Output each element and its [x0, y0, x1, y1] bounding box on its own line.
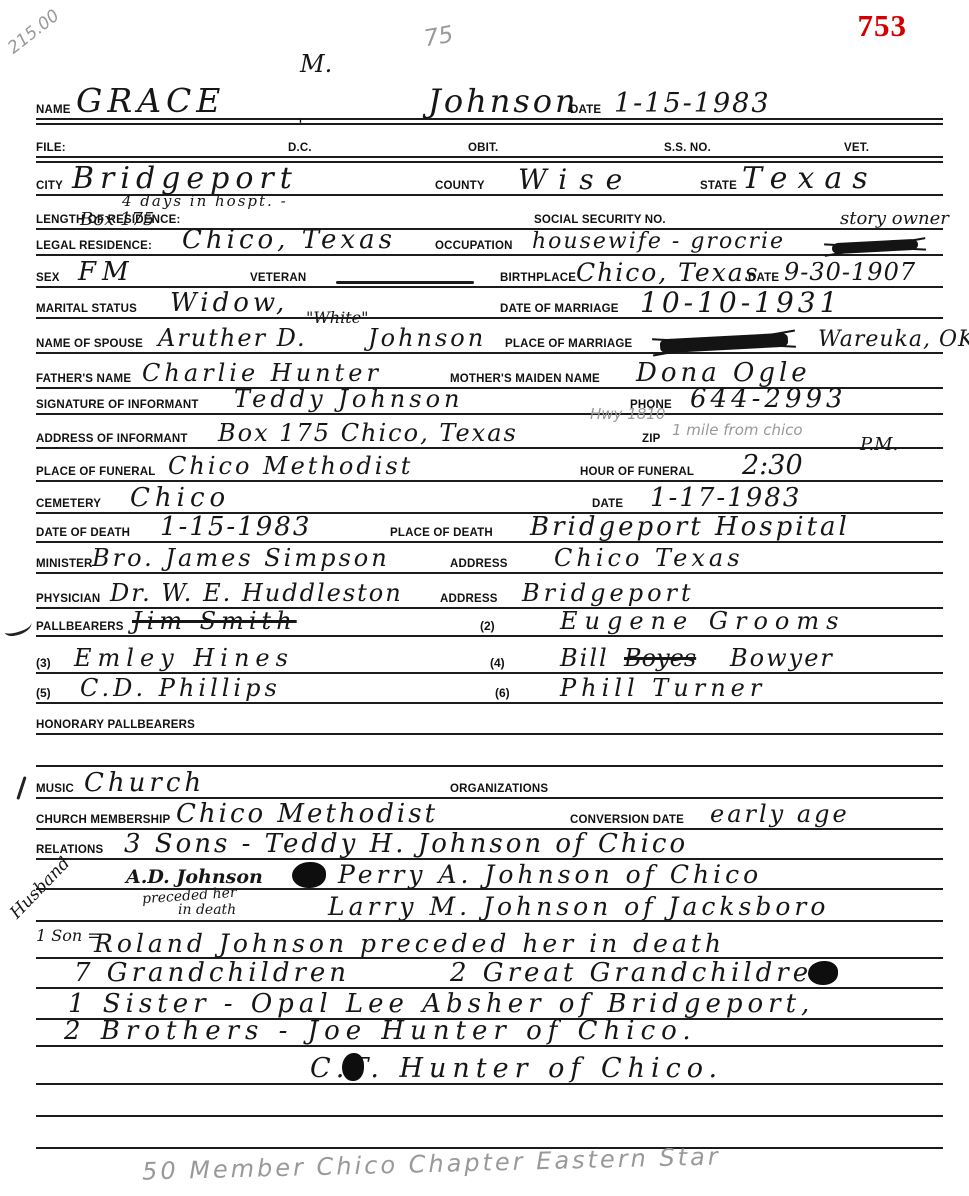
relations-line-5b: 2 Great Grandchildren: [450, 962, 833, 985]
place-of-funeral-label: PLACE OF FUNERAL: [36, 466, 155, 478]
city-value: Bridgeport: [72, 165, 298, 192]
pallbearers-label: PALLBEARERS: [36, 621, 124, 633]
row-name: NAME GRACE M. Johnson DATE 1-15-1983: [36, 84, 943, 125]
address-of-informant-label: ADDRESS OF INFORMANT: [36, 433, 188, 445]
minister-address-value: Chico Texas: [554, 548, 744, 570]
pallbearer-3-value: Emley Hines: [74, 648, 294, 670]
social-security-label: SOCIAL SECURITY NO.: [534, 214, 666, 226]
honorary-pallbearers-label: HONORARY PALLBEARERS: [36, 719, 195, 731]
fathers-name-label: FATHER'S NAME: [36, 373, 131, 385]
pallbearer-4-number: (4): [490, 656, 505, 670]
pallbearer-4-first-value: Bill: [560, 648, 609, 670]
spouse-nickname-note: "White": [306, 311, 368, 325]
row-honorary-pallbearers: HONORARY PALLBEARERS: [36, 705, 943, 735]
signature-of-informant-label: SIGNATURE OF INFORMANT: [36, 399, 199, 411]
cemetery-value: Chico: [130, 487, 230, 510]
informant-address-value: Box 175 Chico, Texas: [218, 423, 518, 445]
relations-label: RELATIONS: [36, 844, 103, 856]
conversion-date-label: CONVERSION DATE: [570, 814, 684, 826]
document-number: 753: [858, 8, 908, 44]
ink-blot: [292, 862, 326, 888]
row-date-of-death: DATE OF DEATH 1-15-1983 PLACE OF DEATH B…: [36, 513, 943, 543]
music-value: Church: [84, 772, 205, 795]
file-label: FILE:: [36, 142, 66, 154]
organizations-label: ORGANIZATIONS: [450, 783, 548, 795]
relations-line-3: Larry M. Johnson of Jacksboro: [328, 896, 829, 919]
tick-mark: ': [298, 118, 303, 134]
row-legal-residence: Box 175 LEGAL RESIDENCE: Chico, Texas OC…: [36, 226, 943, 256]
row-marital-status: MARITAL STATUS Widow, DATE OF MARRIAGE 1…: [36, 289, 943, 319]
church-membership-label: CHURCH MEMBERSHIP: [36, 814, 170, 826]
veteran-dash: [336, 281, 474, 284]
physician-value: Dr. W. E. Huddleston: [110, 583, 403, 605]
birthdate-value: 9-30-1907: [784, 262, 916, 284]
date-of-death-label: DATE OF DEATH: [36, 527, 130, 539]
pencil-amount-note: 215.00: [4, 6, 63, 58]
row-city: CITY Bridgeport 4 days in hospt. - COUNT…: [36, 164, 943, 196]
burial-date-value: 1-17-1983: [650, 487, 801, 510]
scanned-funeral-record: 215.00 75 753 NAME GRACE M. Johnson DATE…: [0, 0, 969, 1196]
minister-address-label: ADDRESS: [450, 558, 508, 570]
cemetery-label: CEMETERY: [36, 498, 101, 510]
pallbearer-2-value: Eugene Grooms: [560, 611, 845, 633]
place-of-death-label: PLACE OF DEATH: [390, 527, 493, 539]
row-relations-ct-hunter: C.T. Hunter of Chico.: [36, 1053, 943, 1085]
date-of-death-value: 1-15-1983: [160, 516, 311, 539]
row-physician: PHYSICIAN Dr. W. E. Huddleston ADDRESS B…: [36, 579, 943, 609]
obit-label: OBIT.: [468, 142, 498, 154]
row-signature-of-informant: SIGNATURE OF INFORMANT Teddy Johnson PHO…: [36, 385, 943, 415]
crossed-out-scribble: [832, 239, 918, 254]
county-label: COUNTY: [435, 180, 485, 192]
conversion-date-value: early age: [710, 804, 850, 826]
physician-label: PHYSICIAN: [36, 593, 100, 605]
state-value: Texas: [742, 165, 878, 192]
row-pallbearers-3-4: (3) Emley Hines (4) Bill Boyes Bowyer: [36, 644, 943, 674]
row-music: MUSIC Church ORGANIZATIONS: [36, 769, 943, 799]
row-minister: MINISTER Bro. James Simpson ADDRESS Chic…: [36, 544, 943, 574]
place-of-marriage-scribble: [660, 333, 789, 354]
margin-stroke-pallbearers: [3, 617, 34, 637]
row-relations: RELATIONS 3 Sons - Teddy H. Johnson of C…: [36, 830, 943, 860]
fathers-name-value: Charlie Hunter: [142, 363, 382, 385]
row-blank-1: [36, 737, 943, 767]
row-cemetery: CEMETERY Chico DATE 1-17-1983: [36, 484, 943, 514]
row-pallbearers-5-6: (5) C.D. Phillips (6) Phill Turner: [36, 674, 943, 704]
pencil-highway-note: Hwy 1810: [590, 405, 665, 423]
row-relations-brothers: 2 Brothers - Joe Hunter of Chico.: [36, 1015, 943, 1047]
music-label: MUSIC: [36, 783, 74, 795]
zip-label: ZIP: [642, 433, 661, 445]
name-middle-value: M.: [300, 54, 332, 76]
margin-one-son-note: 1 Son =: [36, 929, 101, 943]
legal-residence-value: Chico, Texas: [182, 229, 396, 252]
date-of-marriage-label: DATE OF MARRIAGE: [500, 303, 619, 315]
veteran-label: VETERAN: [250, 272, 306, 284]
relations-line-2: Perry A. Johnson of Chico: [338, 864, 762, 887]
hour-of-funeral-label: HOUR OF FUNERAL: [580, 466, 694, 478]
date-of-marriage-value: 10-10-1931: [640, 290, 841, 315]
city-label: CITY: [36, 180, 63, 192]
name-date-label: DATE: [570, 104, 601, 116]
row-blank-2: [36, 1087, 943, 1117]
row-sex: SEX FM VETERAN BIRTHPLACE Chico, Texas D…: [36, 258, 943, 288]
row-file: FILE: ' D.C. OBIT. S.S. NO. VET.: [36, 132, 943, 163]
row-church-membership: CHURCH MEMBERSHIP Chico Methodist CONVER…: [36, 800, 943, 830]
relations-line-6: 1 Sister - Opal Lee Absher of Bridgeport…: [68, 993, 814, 1016]
state-label: STATE: [700, 180, 737, 192]
name-of-spouse-label: NAME OF SPOUSE: [36, 338, 143, 350]
place-of-marriage-value: Wareuka, OK: [818, 330, 969, 350]
informant-signature-value: Teddy Johnson: [234, 389, 463, 411]
birthplace-value: Chico, Texas: [576, 262, 760, 285]
row-relations-perry: Husband A.D. Johnson Perry A. Johnson of…: [36, 860, 943, 890]
place-of-death-value: Bridgeport Hospital: [530, 516, 850, 539]
marital-status-label: MARITAL STATUS: [36, 303, 137, 315]
name-label: NAME: [36, 104, 71, 116]
row-place-of-funeral: PLACE OF FUNERAL Chico Methodist HOUR OF…: [36, 452, 943, 482]
marital-status-value: Widow,: [170, 292, 288, 315]
pallbearer-4-last-value: Bowyer: [730, 648, 834, 670]
dc-label: D.C.: [288, 142, 312, 154]
birthplace-label: BIRTHPLACE: [500, 272, 576, 284]
row-blank-3: [36, 1119, 943, 1149]
pallbearer-4-struck-name: Boyes: [624, 648, 696, 670]
hour-suffix-note: P.M.: [860, 437, 898, 453]
ink-blot: [342, 1053, 364, 1081]
birthdate-label: DATE: [748, 272, 779, 284]
pallbearer-2-number: (2): [480, 619, 495, 633]
pallbearer-5-value: C.D. Phillips: [80, 678, 281, 700]
ssno-label: S.S. NO.: [664, 142, 711, 154]
phone-value: 644-2993: [690, 388, 847, 411]
legal-residence-label: LEGAL RESIDENCE:: [36, 240, 152, 252]
place-of-marriage-label: PLACE OF MARRIAGE: [505, 338, 632, 350]
physician-address-value: Bridgeport: [522, 583, 695, 605]
pallbearer-6-number: (6): [495, 686, 510, 700]
burial-date-label: DATE: [592, 498, 623, 510]
physician-address-label: ADDRESS: [440, 593, 498, 605]
relations-line-8: C.T. Hunter of Chico.: [310, 1057, 723, 1081]
row-relations-roland: 1 Son = Roland Johnson preceded her in d…: [36, 927, 943, 959]
mothers-maiden-name-label: MOTHER'S MAIDEN NAME: [450, 373, 600, 385]
place-of-funeral-value: Chico Methodist: [168, 456, 413, 478]
husband-name-note: A.D. Johnson: [126, 869, 263, 886]
sex-label: SEX: [36, 272, 60, 284]
in-death-note: in death: [178, 904, 236, 917]
sex-value: FM: [78, 261, 135, 284]
name-first-value: GRACE: [76, 86, 225, 116]
spouse-first-value: Aruther D.: [158, 328, 307, 350]
row-relations-larry: preceded her in death Larry M. Johnson o…: [36, 890, 943, 922]
row-name-of-spouse: NAME OF SPOUSE Aruther D. "White" Johnso…: [36, 324, 943, 354]
relations-line-5a: 7 Grandchildren: [74, 962, 350, 985]
ink-blot: [808, 961, 838, 985]
county-value: Wise: [518, 167, 634, 192]
name-date-value: 1-15-1983: [614, 92, 771, 116]
occupation-label: OCCUPATION: [435, 240, 513, 252]
minister-label: MINISTER: [36, 558, 93, 570]
vet-label: VET.: [844, 142, 869, 154]
minister-value: Bro. James Simpson: [92, 548, 390, 570]
pallbearer-6-value: Phill Turner: [560, 678, 766, 700]
occupation-value: housewife - grocrie: [532, 232, 785, 252]
row-pallbearers: PALLBEARERS Jim Smith (2) Eugene Grooms: [36, 607, 943, 637]
church-membership-value: Chico Methodist: [176, 803, 438, 826]
pallbearer-5-number: (5): [36, 686, 51, 700]
spouse-last-value: Johnson: [368, 328, 486, 350]
hour-of-funeral-value: 2:30: [742, 454, 803, 478]
name-last-value: Johnson: [428, 87, 579, 116]
relations-line-7: 2 Brothers - Joe Hunter of Chico.: [64, 1020, 697, 1043]
margin-stroke-music: [16, 776, 26, 800]
relations-line-4: Roland Johnson preceded her in death: [94, 933, 725, 956]
pencil-page-number: 75: [422, 22, 455, 53]
pallbearer-1-value: Jim Smith: [132, 611, 297, 633]
row-address-of-informant: ADDRESS OF INFORMANT Box 175 Chico, Texa…: [36, 419, 943, 449]
pencil-mile-note: 1 mile from chico: [672, 421, 803, 439]
mothers-maiden-name-value: Dona Ogle: [636, 362, 811, 385]
relations-line-1: 3 Sons - Teddy H. Johnson of Chico: [124, 833, 688, 856]
box-number-note: Box 175: [80, 212, 154, 228]
row-relations-grandchildren: 7 Grandchildren 2 Great Grandchildren: [36, 957, 943, 989]
pallbearer-3-number: (3): [36, 656, 51, 670]
occupation-correction-note: story owner: [840, 211, 949, 227]
